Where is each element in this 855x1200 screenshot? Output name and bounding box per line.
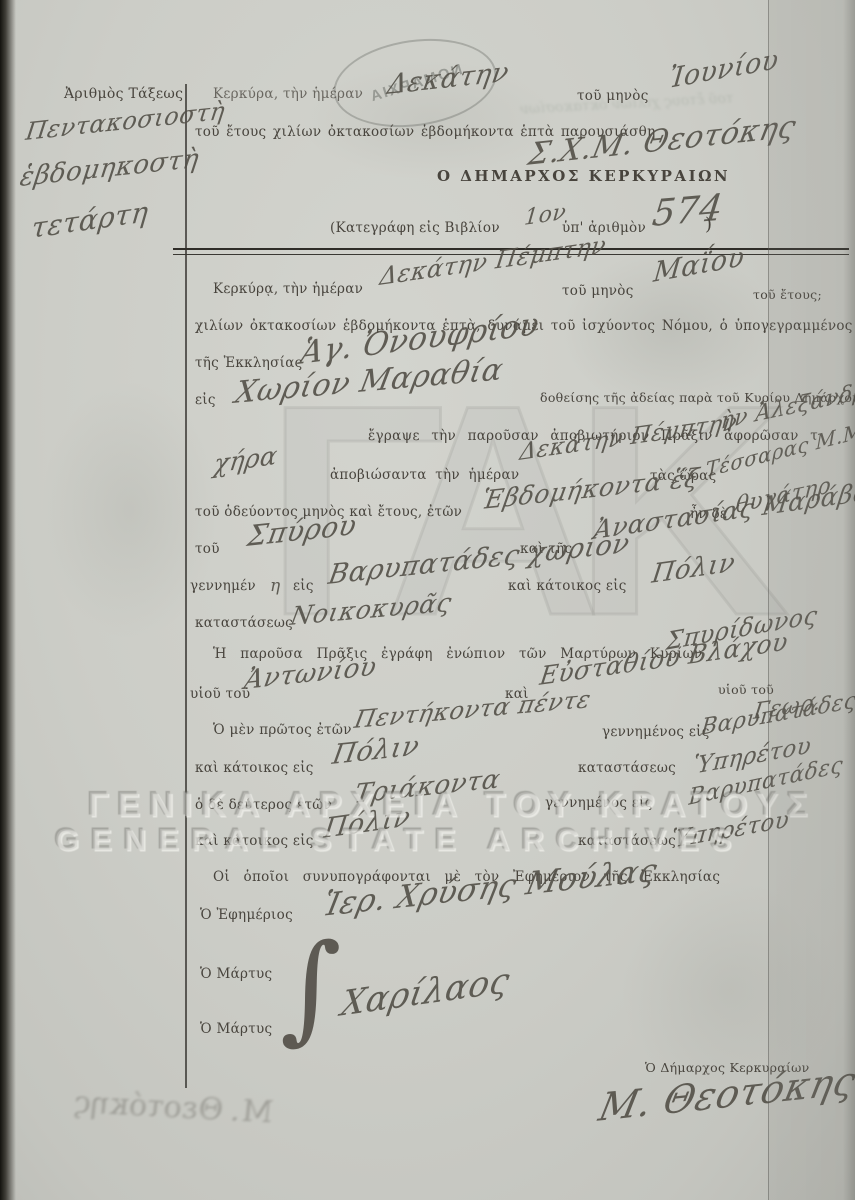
first-witness-age-printed: Ὁ μὲν πρῶτος ἐτῶν xyxy=(213,722,352,738)
first-witness-age-handwritten: Πεντήκοντα πέντε xyxy=(352,685,594,734)
register-line-close: ) xyxy=(705,214,712,235)
register-line-printed: (Κατεγράφη εἰς Βιβλίον xyxy=(330,220,500,236)
register-book-handwritten: 1ον xyxy=(523,199,568,231)
born-label: γεννημέν xyxy=(190,578,256,594)
born-in-label: εἰς xyxy=(293,578,314,594)
scanned-death-record-page: ΓΑΚ ΝΟΜΑΡΧΙΑ Ἀριθμὸς Τάξεως Πεντακοσιοστ… xyxy=(0,0,855,1200)
header-line1-printed: Κερκύρα, τὴν ἡμέραν xyxy=(213,86,363,102)
priest-signature: Ἱερ. Χρύσης Μούλας xyxy=(320,852,661,924)
page-left-edge xyxy=(0,0,16,1200)
body-month-label: τοῦ μηνὸς xyxy=(562,283,634,299)
first-witness-status-label: καταστάσεως xyxy=(578,760,676,776)
form-vertical-rule xyxy=(185,84,187,1088)
death-act-day-handwritten: Δεκάτην Πέμπτην xyxy=(378,230,608,291)
witness2-father-label: υἱοῦ τοῦ xyxy=(718,682,774,697)
register-number-handwritten: 574 xyxy=(650,187,725,235)
paper-texture xyxy=(40,380,220,640)
church-place-label: εἰς xyxy=(195,392,216,408)
order-number-handwritten-line2: ἑβδομηκοστὴ xyxy=(18,144,201,193)
witness2-label: Ὁ Μάρτυς xyxy=(200,1021,272,1037)
witness-signature: Χαρίλαος xyxy=(338,960,513,1025)
church-label: τῆς Ἐκκλησίας xyxy=(195,355,303,371)
first-witness-resident-label: καὶ κάτοικος εἰς xyxy=(195,760,314,776)
bleed-through-signature: Μ. Θεοτόκης xyxy=(70,1085,278,1130)
page-right-fold xyxy=(768,0,855,1200)
header-month-handwritten: Ἰουνίου xyxy=(668,44,780,95)
archive-watermark-english: GENERAL STATE ARCHIVES xyxy=(55,822,743,858)
death-day-printed: ἀποβιώσαντα τὴν ἡμέραν xyxy=(330,467,519,483)
resident-label: καὶ κάτοικος εἰς xyxy=(508,578,627,594)
status-label: καταστάσεως xyxy=(195,615,293,631)
body-line1-printed: Κερκύρᾳ, τὴν ἡμέραν xyxy=(213,281,363,297)
gender-ending-handwritten: η xyxy=(270,576,281,596)
mayor-signature-header: Σ.Χ.Μ. Θεοτόκης xyxy=(525,109,799,173)
archive-watermark-greek: ΓΕΝΙΚΑ ΑΡΧΕΙΑ ΤΟΥ ΚΡΑΤΟΥΣ xyxy=(88,786,816,825)
order-number-handwritten-line3: τετάρτη xyxy=(30,195,150,245)
witness1-label: Ὁ Μάρτυς xyxy=(200,966,272,982)
priest-label: Ὁ Ἐφημέριος xyxy=(200,907,293,923)
witness-brace: ∫ xyxy=(280,928,341,1046)
order-number-label: Ἀριθμὸς Τάξεως xyxy=(64,86,183,102)
mayor-title: Ο ΔΗΜΑΡΧΟΣ ΚΕΡΚΥΡΑΙΩΝ xyxy=(437,167,730,185)
father-label: τοῦ xyxy=(195,541,220,557)
first-witness-born-label: γεννημένος εἰς xyxy=(602,724,710,740)
